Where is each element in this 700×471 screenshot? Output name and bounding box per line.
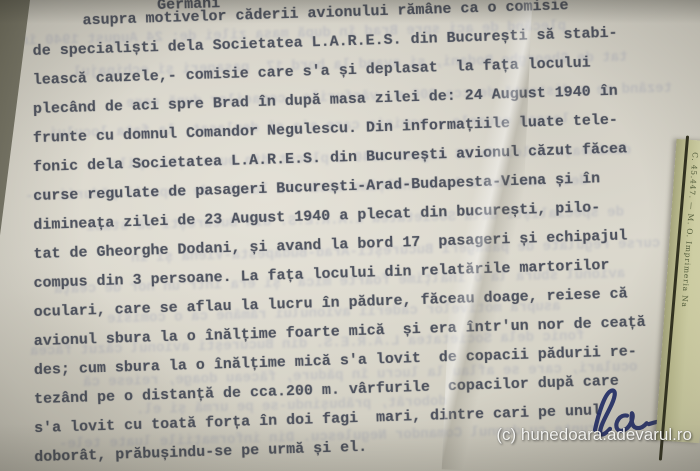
document-page: plecând de aci spre Brad în după masa zi… — [0, 0, 700, 471]
watermark: (c) hunedoara.adevarul.ro — [496, 425, 692, 445]
document-photo: plecând de aci spre Brad în după masa zi… — [0, 0, 700, 471]
